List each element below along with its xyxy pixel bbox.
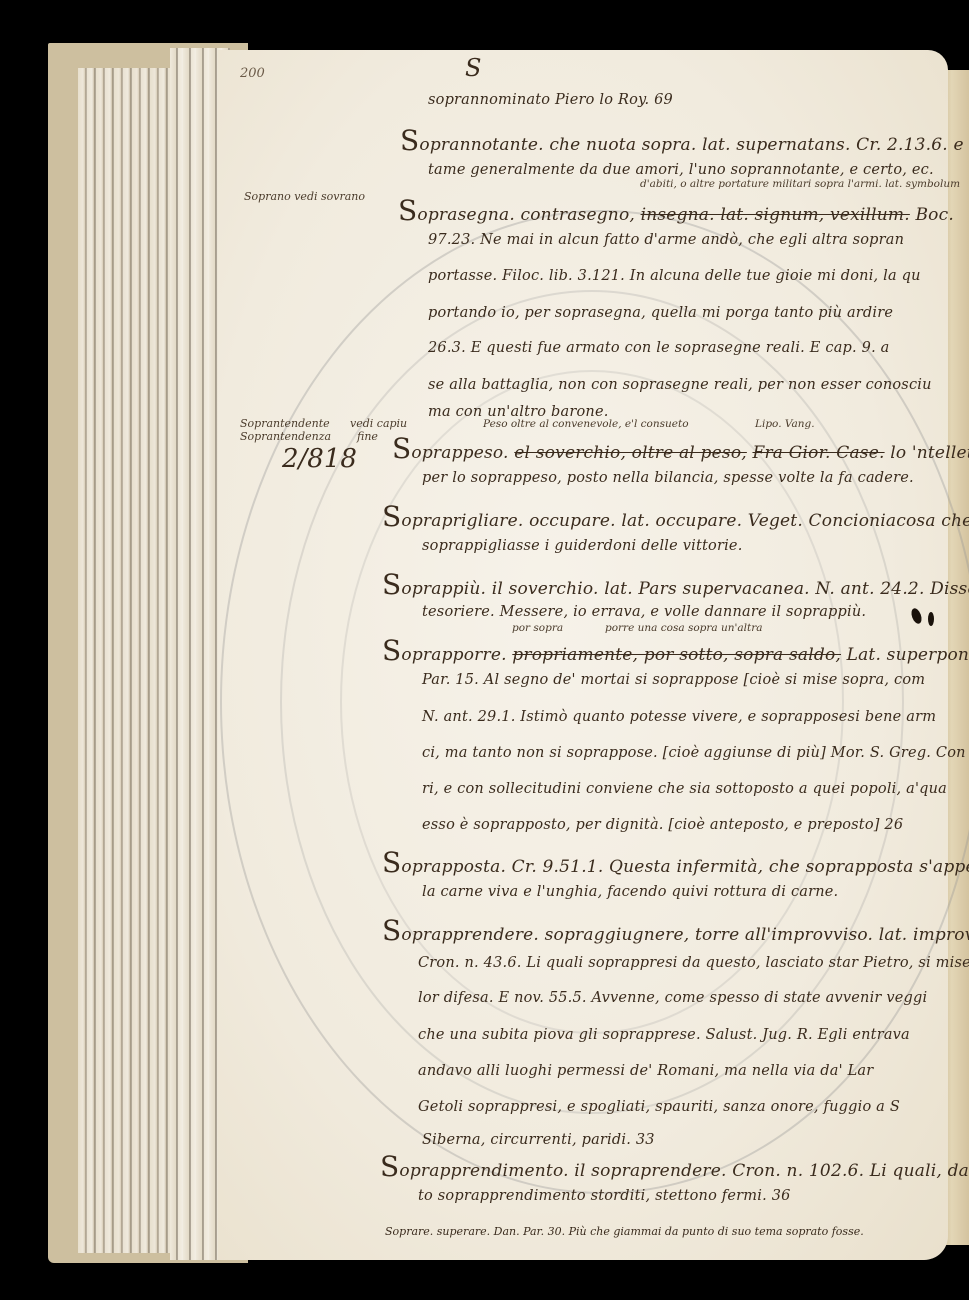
text-line: N. ant. 29.1. Istimò quanto potesse vive…: [422, 709, 936, 725]
interlinear-sopraporre-2: porre una cosa sopra un'altra: [605, 622, 763, 634]
entry-soprapprendere: Soprapprendere. sopraggiugnere, torre al…: [382, 914, 969, 947]
text-line: che una subita piova gli soprapprese. Sa…: [418, 1027, 910, 1043]
text-line: tame generalmente da due amori, l'uno so…: [428, 162, 934, 178]
folio-number: 200: [240, 66, 265, 81]
text-line: portando io, per soprasegna, quella mi p…: [428, 305, 893, 321]
text-line: portasse. Filoc. lib. 3.121. In alcuna d…: [428, 268, 921, 284]
margin-ref-number: 2/818: [282, 444, 357, 474]
entry-soprannotante: Soprannotante. che nuota sopra. lat. sup…: [400, 124, 969, 157]
interlinear-sopraporre: por sopra: [512, 622, 563, 634]
margin-note-soprano: Soprano vedi sovrano: [244, 190, 365, 203]
entry-soprasegna: Soprasegna. contrasegno, insegna. lat. s…: [398, 194, 954, 227]
text-line: ma con un'altro barone.: [428, 404, 609, 420]
text-line: esso è soprapposto, per dignità. [cioè a…: [422, 817, 903, 833]
text-line: to soprapprendimento storditi, stettono …: [418, 1188, 791, 1204]
interlinear-soprasegna: d'abiti, o altre portature militari sopr…: [640, 178, 960, 190]
text-line: Siberna, circurrenti, paridi. 33: [422, 1132, 655, 1148]
entry-soprappiu: Soprappiù. il soverchio. lat. Pars super…: [382, 568, 969, 601]
entry-soprappigliare: Sopraprigliare. occupare. lat. occupare.…: [382, 500, 969, 533]
ink-blot: [928, 612, 934, 626]
text-line: se alla battaglia, non con soprasegne re…: [428, 377, 932, 393]
section-letter: S: [465, 54, 481, 82]
interlinear-soprappeso-2: Lipo. Vang.: [755, 418, 815, 430]
entry-soprapprendimento: Soprapprendimento. il sopraprendere. Cro…: [380, 1150, 969, 1183]
text-line: Par. 15. Al segno de' mortai si soprappo…: [422, 672, 925, 688]
text-line: andavo alli luoghi permessi de' Romani, …: [418, 1063, 873, 1079]
text-line: tesoriere. Messere, io errava, e volle d…: [422, 604, 866, 620]
text-line: Getoli soprappresi, e spogliati, spaurit…: [418, 1099, 900, 1115]
entry-soprapposta: Soprapposta. Cr. 9.51.1. Questa infermit…: [382, 846, 969, 879]
text-line: ci, ma tanto non si soprappose. [cioè ag…: [422, 745, 966, 761]
text-line: soprannominato Piero lo Roy. 69: [428, 92, 673, 108]
text-line: lor difesa. E nov. 55.5. Avvenne, come s…: [418, 990, 927, 1006]
text-line: soprappigliasse i guiderdoni delle vitto…: [422, 538, 743, 554]
text-line: ri, e con sollecitudini conviene che sia…: [422, 781, 947, 797]
text-line: Cron. n. 43.6. Li quali soprappresi da q…: [418, 955, 969, 971]
text-line: 26.3. E questi fue armato con le soprase…: [428, 340, 890, 356]
text-line: 97.23. Ne mai in alcun fatto d'arme andò…: [428, 232, 904, 248]
margin-note-vedi-capiu: vedi capiu: [350, 417, 407, 430]
text-line: per lo soprappeso, posto nella bilancia,…: [422, 470, 914, 486]
margin-note-fine: fine: [357, 430, 378, 443]
margin-note-soprantendenza: Soprantendenza: [240, 430, 331, 443]
entry-soprappeso: Soprappeso. el soverchio, oltre al peso,…: [392, 432, 969, 465]
text-line: la carne viva e l'unghia, facendo quivi …: [422, 884, 838, 900]
entry-soprare-note: Soprare. superare. Dan. Par. 30. Più che…: [385, 1225, 864, 1238]
margin-note-soprantendente: Soprantendente: [240, 417, 330, 430]
entry-sopraporre: Soprapporre. propriamente, por sotto, so…: [382, 634, 969, 667]
